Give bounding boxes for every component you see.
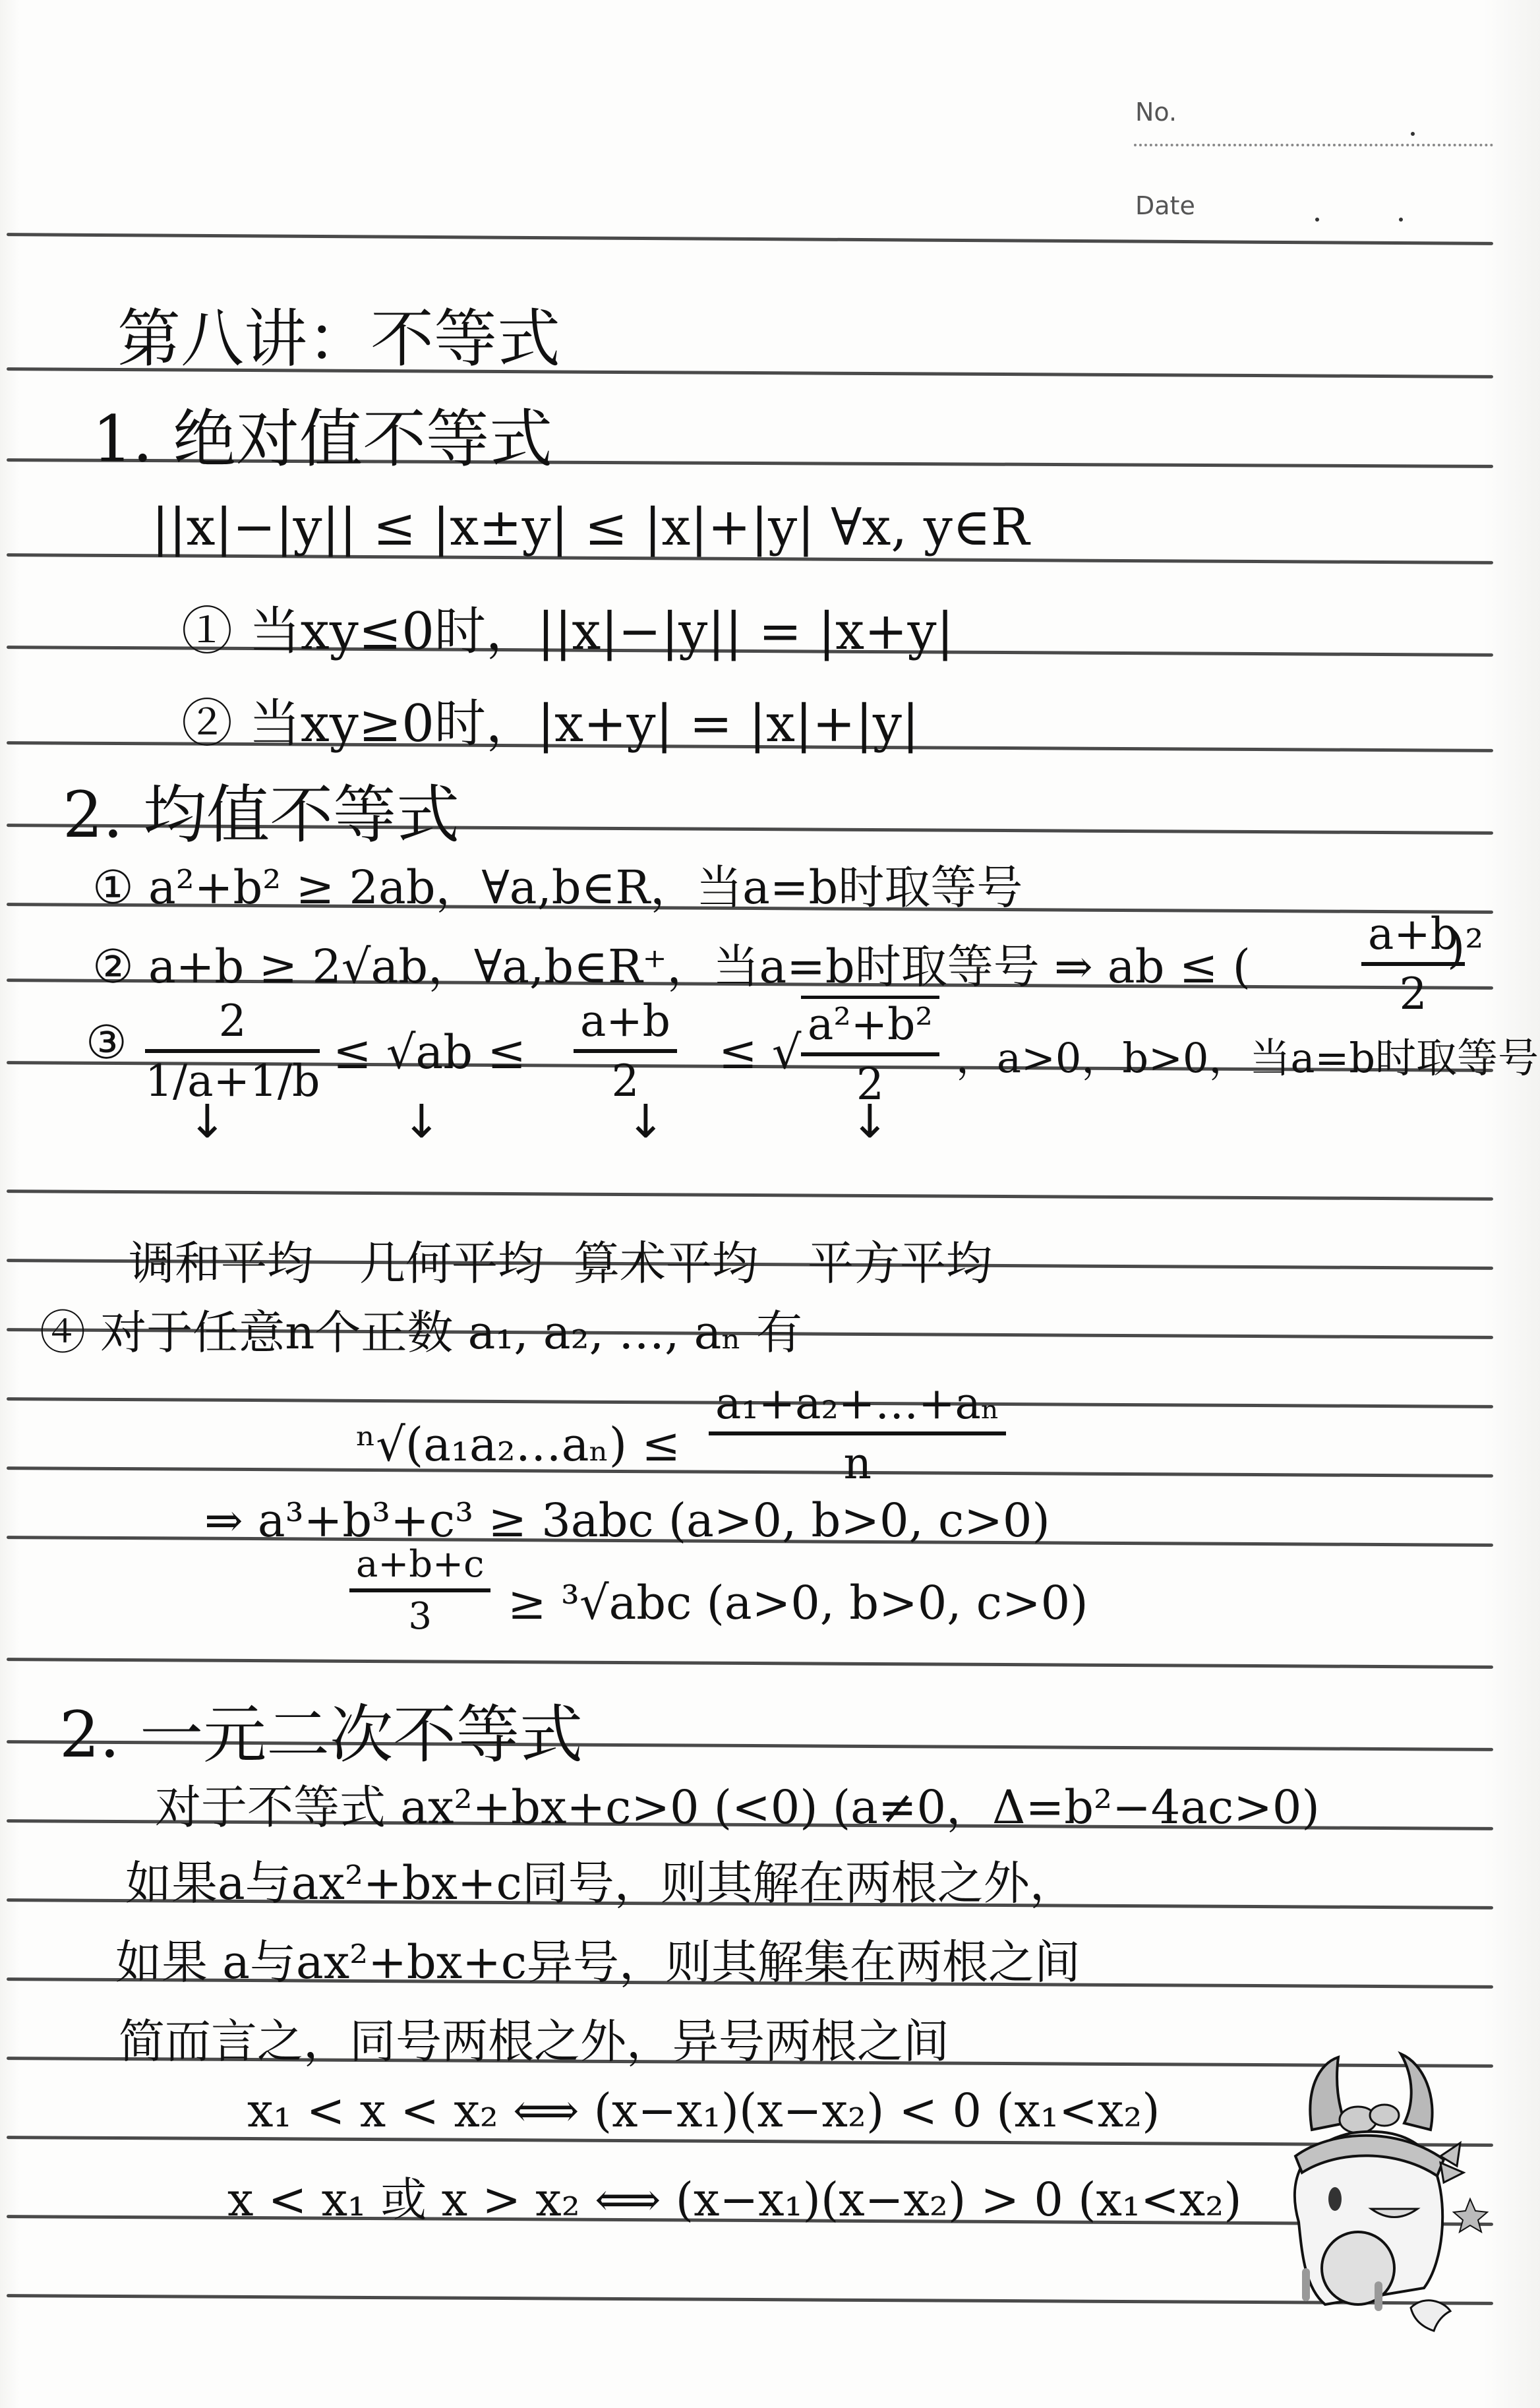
arithmetic-mean-fraction: a+b 2 (574, 996, 677, 1106)
harmonic-mean-fraction: 2 1/a+1/b (145, 996, 320, 1106)
le-sqrt: ≤ √ (719, 1025, 802, 1079)
harmonic-mean-label: 调和平均 (129, 1226, 313, 1293)
n-term-arithmetic-mean: a₁+a₂+…+aₙ n (709, 1378, 1006, 1489)
quadratic-mean-label: 平方平均 (808, 1226, 992, 1293)
triangle-inequality: ||x|−|y|| ≤ |x±y| ≤ |x|+|y| ∀x, y∈R (152, 498, 1029, 557)
abs-case-1: ① 当xy≤0时，||x|−|y|| = |x+y| (181, 590, 954, 664)
section-heading-quadratic-inequality: 2. 一元二次不等式 (59, 1685, 583, 1775)
mean-item-1: ① a²+b² ≥ 2ab，∀a,b∈R，当a=b时取等号 (92, 851, 1022, 917)
summary-rule: 简而言之，同号两根之外，异号两根之间 (119, 2004, 949, 2071)
between-roots-equivalence: x₁ < x < x₂ ⟺ (x−x₁)(x−x₂) < 0 (x₁<x₂) (247, 2084, 1160, 2138)
same-sign-rule: 如果a与ax²+bx+c同号，则其解在两根之外， (125, 1846, 1076, 1913)
arrow-down-icon: ↓ (626, 1095, 665, 1149)
arrow-down-icon: ↓ (188, 1095, 227, 1149)
quadratic-mean-fraction: a²+b² 2 (801, 996, 939, 1110)
n-th-root-product: ⁿ√(a₁a₂…aₙ) ≤ (356, 1418, 680, 1472)
date-label: Date (1135, 191, 1195, 220)
no-label: No. (1135, 98, 1177, 127)
cartoon-bull-mascot-icon (1272, 2044, 1490, 2341)
arrow-down-icon: ↓ (402, 1095, 441, 1149)
no-field-line (1134, 144, 1493, 146)
ruled-line (7, 2294, 1493, 2305)
three-variable-am-gm: ≥ ³√abc (a>0, b>0, c>0) (508, 1576, 1088, 1630)
date-dot (1315, 218, 1319, 222)
ruled-line (7, 1658, 1493, 1669)
abs-case-2: ② 当xy≥0时，|x+y| = |x|+|y| (181, 682, 919, 756)
mean-item-3-label: ③ (86, 1015, 127, 1069)
mean-item-3-condition: ，a>0，b>0，当a=b时取等号 (956, 1025, 1539, 1084)
mean-item-4: ④ 对于任意n个正数 a₁, a₂, …, aₙ 有 (40, 1296, 802, 1362)
three-term-mean-fraction: a+b+c 3 (349, 1543, 490, 1638)
notebook-page: No. Date 第八讲：不等式 1. 绝对值不等式 ||x|−|y|| ≤ |… (0, 0, 1540, 2408)
section-heading-absolute-value: 1. 绝对值不等式 (92, 389, 552, 479)
opposite-sign-rule: 如果 a与ax²+bx+c异号，则其解集在两根之间 (115, 1925, 1081, 1992)
quadratic-setup: 对于不等式 ax²+bx+c>0 (<0) (a≠0，Δ=b²−4ac>0) (155, 1770, 1320, 1837)
arithmetic-mean-label: 算术平均 (574, 1226, 758, 1293)
geometric-mean-label: 几何平均 (359, 1226, 544, 1293)
page-title: 第八讲：不等式 (117, 289, 560, 379)
mean-item-2-main: ② a+b ≥ 2√ab，∀a,b∈R⁺，当a=b时取等号 ⇒ ab ≤ ( (92, 940, 1251, 994)
ruled-line (7, 1189, 1493, 1201)
mean-item-2: ② a+b ≥ 2√ab，∀a,b∈R⁺，当a=b时取等号 ⇒ ab ≤ ( (92, 930, 1251, 996)
le-sqrt-ab: ≤ √ab ≤ (333, 1025, 526, 1079)
squared-paren: )² (1447, 920, 1483, 974)
separator-dot (1411, 132, 1415, 136)
section-heading-mean-inequality: 2. 均值不等式 (63, 765, 459, 855)
three-variable-cube-inequality: ⇒ a³+b³+c³ ≥ 3abc (a>0, b>0, c>0) (204, 1493, 1050, 1548)
ruled-line (7, 233, 1493, 245)
arrow-down-icon: ↓ (850, 1095, 889, 1149)
date-dot (1399, 218, 1403, 222)
outside-roots-equivalence: x < x₁ 或 x > x₂ ⟺ (x−x₁)(x−x₂) > 0 (x₁<x… (227, 2163, 1242, 2229)
